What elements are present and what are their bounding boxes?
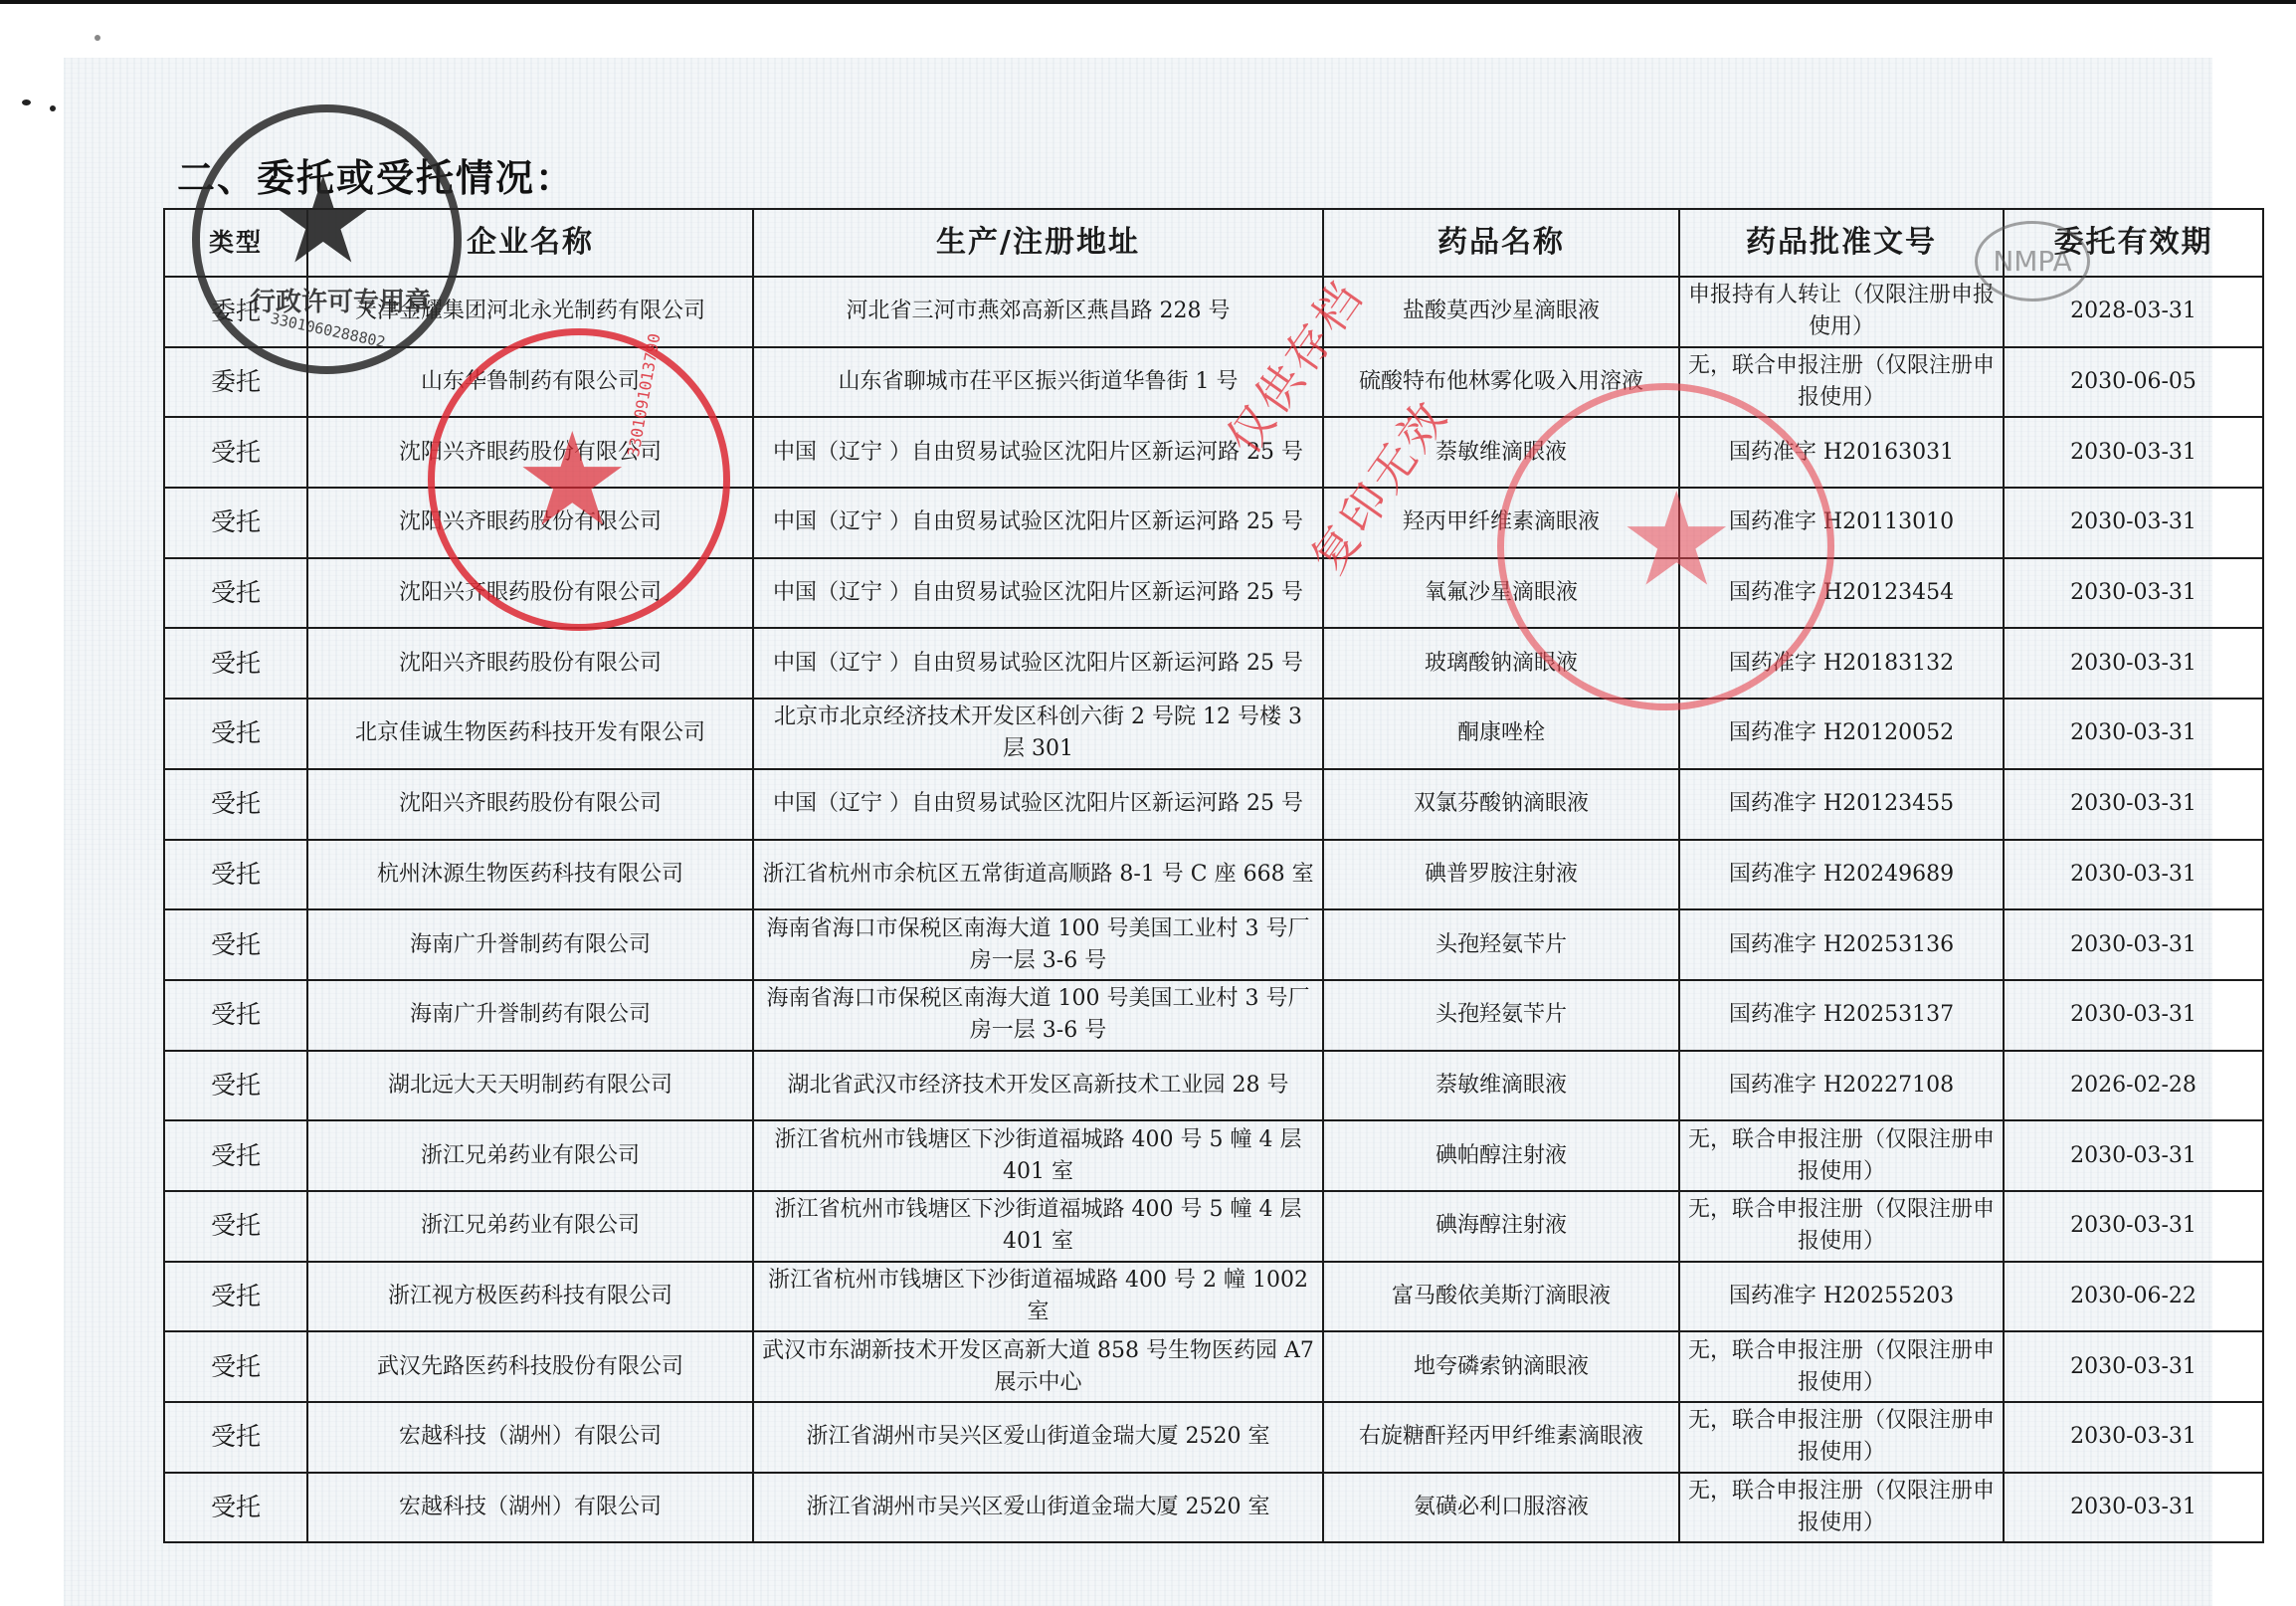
cell-company: 沈阳兴齐眼药股份有限公司 (307, 558, 753, 629)
cell-drug: 头孢羟氨苄片 (1323, 980, 1679, 1051)
cell-address: 中国（辽宁 ）自由贸易试验区沈阳片区新运河路 25 号 (753, 488, 1323, 558)
cell-address: 武汉市东湖新技术开发区高新大道 858 号生物医药园 A7 展示中心 (753, 1331, 1323, 1402)
cell-address: 浙江省湖州市吴兴区爱山街道金瑞大厦 2520 室 (753, 1473, 1323, 1543)
cell-company: 天津金耀集团河北永光制药有限公司 (307, 277, 753, 347)
cell-address: 浙江省杭州市余杭区五常街道高顺路 8-1 号 C 座 668 室 (753, 840, 1323, 910)
table-row: 受托沈阳兴齐眼药股份有限公司中国（辽宁 ）自由贸易试验区沈阳片区新运河路 25 … (164, 769, 2263, 840)
cell-approval: 无，联合申报注册（仅限注册申报使用） (1679, 347, 2004, 418)
cell-expiry: 2030-03-31 (2004, 558, 2263, 629)
cell-expiry: 2030-06-05 (2004, 347, 2263, 418)
cell-drug: 双氯芬酸钠滴眼液 (1323, 769, 1679, 840)
table-row: 受托沈阳兴齐眼药股份有限公司中国（辽宁 ）自由贸易试验区沈阳片区新运河路 25 … (164, 488, 2263, 558)
cell-address: 海南省海口市保税区南海大道 100 号美国工业村 3 号厂房一层 3-6 号 (753, 980, 1323, 1051)
cell-drug: 氨磺必利口服溶液 (1323, 1473, 1679, 1543)
cell-company: 沈阳兴齐眼药股份有限公司 (307, 769, 753, 840)
cell-drug: 右旋糖酐羟丙甲纤维素滴眼液 (1323, 1402, 1679, 1473)
cell-approval: 无，联合申报注册（仅限注册申报使用） (1679, 1191, 2004, 1262)
cell-drug: 萘敏维滴眼液 (1323, 1051, 1679, 1121)
cell-type: 受托 (164, 769, 307, 840)
cell-expiry: 2028-03-31 (2004, 277, 2263, 347)
cell-type: 受托 (164, 558, 307, 629)
cell-type: 委托 (164, 347, 307, 418)
cell-drug: 氧氟沙星滴眼液 (1323, 558, 1679, 629)
table-row: 受托浙江兄弟药业有限公司浙江省杭州市钱塘区下沙街道福城路 400 号 5 幢 4… (164, 1120, 2263, 1191)
cell-company: 沈阳兴齐眼药股份有限公司 (307, 628, 753, 699)
cell-expiry: 2030-03-31 (2004, 628, 2263, 699)
table-row: 受托武汉先路医药科技股份有限公司武汉市东湖新技术开发区高新大道 858 号生物医… (164, 1331, 2263, 1402)
table-body: 委托天津金耀集团河北永光制药有限公司河北省三河市燕郊高新区燕昌路 228 号盐酸… (164, 277, 2263, 1542)
cell-drug: 玻璃酸钠滴眼液 (1323, 628, 1679, 699)
cell-type: 受托 (164, 1262, 307, 1332)
cell-expiry: 2030-06-22 (2004, 1262, 2263, 1332)
cell-drug: 盐酸莫西沙星滴眼液 (1323, 277, 1679, 347)
table-row: 受托湖北远大天天明制药有限公司湖北省武汉市经济技术开发区高新技术工业园 28 号… (164, 1051, 2263, 1121)
cell-type: 受托 (164, 1191, 307, 1262)
cell-expiry: 2030-03-31 (2004, 980, 2263, 1051)
cell-company: 沈阳兴齐眼药股份有限公司 (307, 417, 753, 488)
cell-type: 受托 (164, 1473, 307, 1543)
header-type: 类型 (164, 209, 307, 277)
cell-type: 受托 (164, 417, 307, 488)
table-row: 受托浙江视方极医药科技有限公司浙江省杭州市钱塘区下沙街道福城路 400 号 2 … (164, 1262, 2263, 1332)
cell-type: 受托 (164, 980, 307, 1051)
cell-drug: 硫酸特布他林雾化吸入用溶液 (1323, 347, 1679, 418)
cell-address: 河北省三河市燕郊高新区燕昌路 228 号 (753, 277, 1323, 347)
cell-drug: 碘帕醇注射液 (1323, 1120, 1679, 1191)
cell-approval: 无，联合申报注册（仅限注册申报使用） (1679, 1331, 2004, 1402)
cell-approval: 国药准字 H20249689 (1679, 840, 2004, 910)
cell-approval: 无，联合申报注册（仅限注册申报使用） (1679, 1402, 2004, 1473)
entrustment-table: 类型 企业名称 生产/注册地址 药品名称 药品批准文号 委托有效期 委托天津金耀… (163, 208, 2264, 1543)
cell-type: 受托 (164, 1051, 307, 1121)
cell-address: 浙江省湖州市吴兴区爱山街道金瑞大厦 2520 室 (753, 1402, 1323, 1473)
cell-address: 中国（辽宁 ）自由贸易试验区沈阳片区新运河路 25 号 (753, 628, 1323, 699)
table-row: 受托浙江兄弟药业有限公司浙江省杭州市钱塘区下沙街道福城路 400 号 5 幢 4… (164, 1191, 2263, 1262)
cell-company: 沈阳兴齐眼药股份有限公司 (307, 488, 753, 558)
cell-company: 杭州沐源生物医药科技有限公司 (307, 840, 753, 910)
table-row: 委托天津金耀集团河北永光制药有限公司河北省三河市燕郊高新区燕昌路 228 号盐酸… (164, 277, 2263, 347)
cell-company: 宏越科技（湖州）有限公司 (307, 1402, 753, 1473)
cell-expiry: 2030-03-31 (2004, 909, 2263, 980)
cell-expiry: 2030-03-31 (2004, 1191, 2263, 1262)
header-expiry: 委托有效期 (2004, 209, 2263, 277)
cell-expiry: 2030-03-31 (2004, 488, 2263, 558)
cell-expiry: 2030-03-31 (2004, 769, 2263, 840)
cell-expiry: 2030-03-31 (2004, 417, 2263, 488)
scan-speck (22, 100, 31, 105)
cell-company: 湖北远大天天明制药有限公司 (307, 1051, 753, 1121)
cell-company: 浙江视方极医药科技有限公司 (307, 1262, 753, 1332)
header-approval: 药品批准文号 (1679, 209, 2004, 277)
cell-approval: 国药准字 H20253137 (1679, 980, 2004, 1051)
cell-expiry: 2030-03-31 (2004, 1120, 2263, 1191)
header-company: 企业名称 (307, 209, 753, 277)
cell-type: 受托 (164, 699, 307, 769)
cell-drug: 酮康唑栓 (1323, 699, 1679, 769)
cell-approval: 国药准字 H20163031 (1679, 417, 2004, 488)
scan-top-edge (0, 0, 2296, 4)
cell-company: 武汉先路医药科技股份有限公司 (307, 1331, 753, 1402)
cell-approval: 国药准字 H20123454 (1679, 558, 2004, 629)
cell-approval: 国药准字 H20120052 (1679, 699, 2004, 769)
cell-approval: 无，联合申报注册（仅限注册申报使用） (1679, 1473, 2004, 1543)
table-row: 受托杭州沐源生物医药科技有限公司浙江省杭州市余杭区五常街道高顺路 8-1 号 C… (164, 840, 2263, 910)
cell-drug: 富马酸依美斯汀滴眼液 (1323, 1262, 1679, 1332)
cell-type: 受托 (164, 1402, 307, 1473)
cell-approval: 国药准字 H20183132 (1679, 628, 2004, 699)
cell-company: 北京佳诚生物医药科技开发有限公司 (307, 699, 753, 769)
table-header-row: 类型 企业名称 生产/注册地址 药品名称 药品批准文号 委托有效期 (164, 209, 2263, 277)
header-drug: 药品名称 (1323, 209, 1679, 277)
cell-address: 海南省海口市保税区南海大道 100 号美国工业村 3 号厂房一层 3-6 号 (753, 909, 1323, 980)
cell-company: 山东华鲁制药有限公司 (307, 347, 753, 418)
cell-expiry: 2030-03-31 (2004, 1331, 2263, 1402)
cell-type: 受托 (164, 840, 307, 910)
cell-type: 受托 (164, 628, 307, 699)
table-row: 受托北京佳诚生物医药科技开发有限公司北京市北京经济技术开发区科创六街 2 号院 … (164, 699, 2263, 769)
cell-address: 湖北省武汉市经济技术开发区高新技术工业园 28 号 (753, 1051, 1323, 1121)
header-address: 生产/注册地址 (753, 209, 1323, 277)
cell-approval: 无，联合申报注册（仅限注册申报使用） (1679, 1120, 2004, 1191)
cell-expiry: 2030-03-31 (2004, 1473, 2263, 1543)
cell-approval: 申报持有人转让（仅限注册申报使用） (1679, 277, 2004, 347)
cell-address: 浙江省杭州市钱塘区下沙街道福城路 400 号 5 幢 4 层 401 室 (753, 1191, 1323, 1262)
cell-drug: 头孢羟氨苄片 (1323, 909, 1679, 980)
cell-company: 海南广升誉制药有限公司 (307, 980, 753, 1051)
cell-approval: 国药准字 H20123455 (1679, 769, 2004, 840)
cell-address: 北京市北京经济技术开发区科创六街 2 号院 12 号楼 3 层 301 (753, 699, 1323, 769)
cell-type: 受托 (164, 488, 307, 558)
cell-expiry: 2026-02-28 (2004, 1051, 2263, 1121)
cell-company: 海南广升誉制药有限公司 (307, 909, 753, 980)
table-row: 受托沈阳兴齐眼药股份有限公司中国（辽宁 ）自由贸易试验区沈阳片区新运河路 25 … (164, 628, 2263, 699)
cell-company: 宏越科技（湖州）有限公司 (307, 1473, 753, 1543)
table-row: 受托海南广升誉制药有限公司海南省海口市保税区南海大道 100 号美国工业村 3 … (164, 980, 2263, 1051)
cell-type: 受托 (164, 1120, 307, 1191)
cell-approval: 国药准字 H20227108 (1679, 1051, 2004, 1121)
cell-approval: 国药准字 H20253136 (1679, 909, 2004, 980)
cell-type: 委托 (164, 277, 307, 347)
cell-approval: 国药准字 H20113010 (1679, 488, 2004, 558)
cell-address: 中国（辽宁 ）自由贸易试验区沈阳片区新运河路 25 号 (753, 558, 1323, 629)
cell-drug: 碘海醇注射液 (1323, 1191, 1679, 1262)
cell-approval: 国药准字 H20255203 (1679, 1262, 2004, 1332)
cell-company: 浙江兄弟药业有限公司 (307, 1120, 753, 1191)
cell-address: 中国（辽宁 ）自由贸易试验区沈阳片区新运河路 25 号 (753, 769, 1323, 840)
cell-address: 浙江省杭州市钱塘区下沙街道福城路 400 号 2 幢 1002 室 (753, 1262, 1323, 1332)
cell-address: 浙江省杭州市钱塘区下沙街道福城路 400 号 5 幢 4 层 401 室 (753, 1120, 1323, 1191)
scan-speck (50, 105, 56, 111)
section-title: 二、委托或受托情况： (177, 147, 575, 202)
cell-type: 受托 (164, 1331, 307, 1402)
table-row: 委托山东华鲁制药有限公司山东省聊城市茌平区振兴街道华鲁街 1 号硫酸特布他林雾化… (164, 347, 2263, 418)
cell-type: 受托 (164, 909, 307, 980)
table-row: 受托宏越科技（湖州）有限公司浙江省湖州市吴兴区爱山街道金瑞大厦 2520 室右旋… (164, 1402, 2263, 1473)
cell-drug: 碘普罗胺注射液 (1323, 840, 1679, 910)
scan-speck (95, 35, 100, 41)
cell-expiry: 2030-03-31 (2004, 840, 2263, 910)
table-row: 受托海南广升誉制药有限公司海南省海口市保税区南海大道 100 号美国工业村 3 … (164, 909, 2263, 980)
cell-drug: 地夸磷索钠滴眼液 (1323, 1331, 1679, 1402)
cell-company: 浙江兄弟药业有限公司 (307, 1191, 753, 1262)
cell-expiry: 2030-03-31 (2004, 699, 2263, 769)
cell-expiry: 2030-03-31 (2004, 1402, 2263, 1473)
table-row: 受托沈阳兴齐眼药股份有限公司中国（辽宁 ）自由贸易试验区沈阳片区新运河路 25 … (164, 558, 2263, 629)
table-row: 受托宏越科技（湖州）有限公司浙江省湖州市吴兴区爱山街道金瑞大厦 2520 室氨磺… (164, 1473, 2263, 1543)
